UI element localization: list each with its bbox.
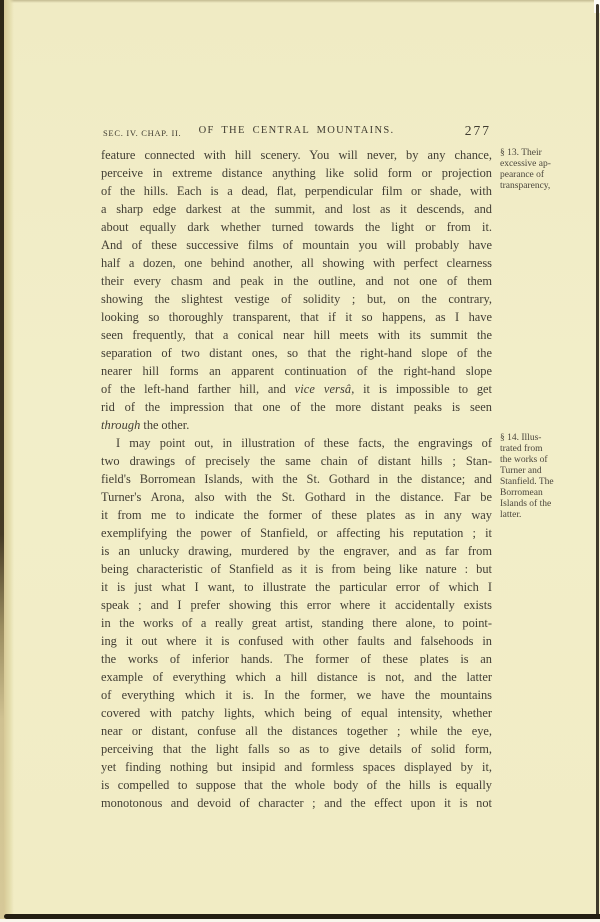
running-title: OF THE CENTRAL MOUNTAINS. — [199, 125, 395, 136]
text-line: of the hills. Each is a dead, flat, perp… — [101, 182, 492, 200]
section-chapter-label: SEC. IV. CHAP. II. — [103, 128, 181, 138]
text-line: rid of the impression that one of the mo… — [101, 398, 492, 416]
text-line: half a dozen, one behind another, all sh… — [101, 254, 492, 272]
text-line: field's Borromean Islands, with the St. … — [101, 470, 492, 488]
text-line: ing it out where it is confused with oth… — [101, 632, 492, 650]
page-gutter-curve — [4, 0, 14, 922]
text-line: exemplifying the power of Stanfield, or … — [101, 524, 492, 542]
text-line: in the works of a really great artist, s… — [101, 614, 492, 632]
text-line: separation of two distant ones, so that … — [101, 344, 492, 362]
running-head: SEC. IV. CHAP. II. OF THE CENTRAL MOUNTA… — [101, 123, 492, 141]
text-line: two drawings of precisely the same chain… — [101, 452, 492, 470]
margin-note-section-14: § 14. Illus-trated fromthe works ofTurne… — [500, 433, 590, 521]
text-line: feature connected with hill scenery. You… — [101, 146, 492, 164]
margin-note-line: Islands of the — [500, 499, 590, 510]
text-line: it is just what I want, to illustrate th… — [101, 578, 492, 596]
text-line: their every chasm and peak in the outlin… — [101, 272, 492, 290]
text-line: being characteristic of Stanfield as it … — [101, 560, 492, 578]
text-line: And of these successive films of mountai… — [101, 236, 492, 254]
text-line: about equally dark whether turned toward… — [101, 218, 492, 236]
page-right-edge — [596, 4, 599, 922]
text-line: of the left-hand farther hill, and vice … — [101, 380, 492, 398]
text-line: speak ; and I prefer showing this error … — [101, 596, 492, 614]
margin-note-line: trated from — [500, 444, 590, 455]
margin-note-line: latter. — [500, 510, 590, 521]
text-line: yet finding nothing but insipid and form… — [101, 758, 492, 776]
text-line: Turner's Arona, also with the St. Gothar… — [101, 488, 492, 506]
text-line: monotonous and devoid of character ; and… — [101, 794, 492, 812]
text-line: seen frequently, that a conical near hil… — [101, 326, 492, 344]
text-line: looking so thoroughly transparent, that … — [101, 308, 492, 326]
text-line: perceive in extreme distance anything li… — [101, 164, 492, 182]
text-line: it from me to indicate the former of the… — [101, 506, 492, 524]
text-line: I may point out, in illustration of thes… — [101, 434, 492, 452]
text-line: is an unlucky drawing, murdered by the e… — [101, 542, 492, 560]
book-page-scan: SEC. IV. CHAP. II. OF THE CENTRAL MOUNTA… — [0, 0, 600, 922]
margin-note-line: § 13. Their — [500, 148, 590, 159]
text-line: through the other. — [101, 416, 492, 434]
text-line: is compelled to suppose that the whole b… — [101, 776, 492, 794]
page-number: 277 — [465, 123, 491, 139]
margin-note-line: Borromean — [500, 488, 590, 499]
text-line: nearer hill forms an apparent continuati… — [101, 362, 492, 380]
margin-note-section-13: § 13. Theirexcessive ap-pearance oftrans… — [500, 148, 590, 192]
text-line: covered with patchy lights, which being … — [101, 704, 492, 722]
text-line: of everything which it is. In the former… — [101, 686, 492, 704]
margin-note-line: Stanfield. The — [500, 477, 590, 488]
text-line: perceiving that the light falls so as to… — [101, 740, 492, 758]
text-line: example of everything which a hill dista… — [101, 668, 492, 686]
margin-note-line: excessive ap- — [500, 159, 590, 170]
margin-note-line: transparency, — [500, 181, 590, 192]
text-line: showing the slightest vestige of solidit… — [101, 290, 492, 308]
margin-note-line: pearance of — [500, 170, 590, 181]
text-line: the works of inferior hands. The former … — [101, 650, 492, 668]
margin-note-line: Turner and — [500, 466, 590, 477]
text-line: near or distant, confuse all the distanc… — [101, 722, 492, 740]
margin-note-line: the works of — [500, 455, 590, 466]
page-top-edge — [0, 0, 600, 3]
text-line: a sharp edge darkest at the summit, and … — [101, 200, 492, 218]
body-text: feature connected with hill scenery. You… — [101, 146, 492, 812]
margin-note-line: § 14. Illus- — [500, 433, 590, 444]
page-bottom-edge — [4, 914, 600, 919]
